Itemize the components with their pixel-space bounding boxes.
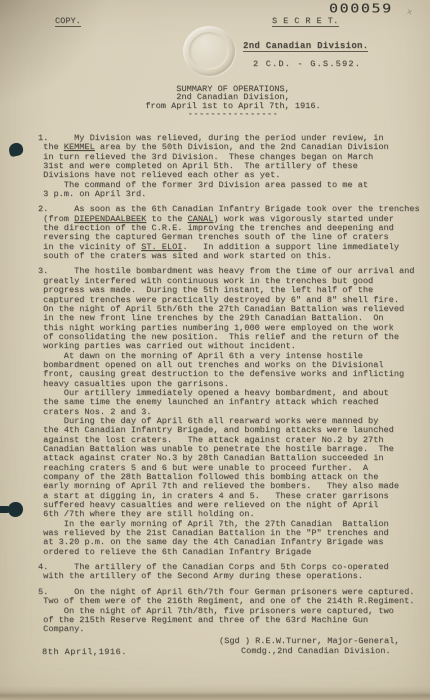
- paragraph: 2. As soon as the 6th Canadian Infantry …: [38, 205, 426, 261]
- reference-number: 2 C.D. - G.S.592.: [253, 59, 361, 69]
- paragraph: 4. The artillery of the Canadian Corps a…: [38, 563, 426, 582]
- signature-title-line: Comdg.,2nd Canadian Division.: [241, 646, 391, 656]
- embossed-crest-seal: [183, 26, 235, 76]
- text-line: with the artillery of the Second Army du…: [38, 572, 426, 581]
- title-dashed-rule: ----------------: [40, 110, 426, 118]
- secret-classification-label: S E C R E T.: [272, 16, 339, 27]
- text-line: 3 p.m. on April 3rd.: [38, 190, 426, 199]
- paragraph: 3. The hostile bombardment was heavy fro…: [38, 267, 426, 557]
- paragraph: 1. My Division was relieved, during the …: [38, 134, 426, 199]
- copy-label: COPY.: [55, 16, 81, 27]
- division-heading-text: 2nd Canadian Division.: [243, 41, 368, 52]
- paper-bottom-edge: [0, 686, 430, 700]
- serial-number-stamp: 000059: [329, 1, 393, 16]
- paragraph: 5. On the night of April 6th/7th four Ge…: [38, 588, 426, 635]
- secret-label-text: S E C R E T.: [272, 16, 339, 27]
- ink-blot: [8, 502, 23, 517]
- text-line: south of the craters was sited and work …: [38, 252, 426, 261]
- body-text: 1. My Division was relieved, during the …: [38, 134, 426, 641]
- pencil-tick-mark: x: [406, 8, 413, 18]
- text-line: ordered to relieve the 6th Canadian Infa…: [38, 548, 426, 557]
- title-block: SUMMARY OF OPERATIONS, 2nd Canadian Divi…: [40, 85, 426, 118]
- division-heading: 2nd Canadian Division.: [243, 41, 368, 52]
- text-line: Company.: [38, 625, 426, 634]
- signature-name-line: (Sgd ) R.E.W.Turner, Major-General,: [219, 636, 400, 646]
- text-line: of the 215th Reserve Regiment and three …: [38, 616, 426, 625]
- ink-blot: [8, 142, 24, 158]
- copy-label-text: COPY.: [55, 16, 81, 27]
- document-date: 8th April,1916.: [42, 647, 127, 657]
- document-page: 000059 x COPY. S E C R E T. 2nd Canadian…: [0, 0, 430, 700]
